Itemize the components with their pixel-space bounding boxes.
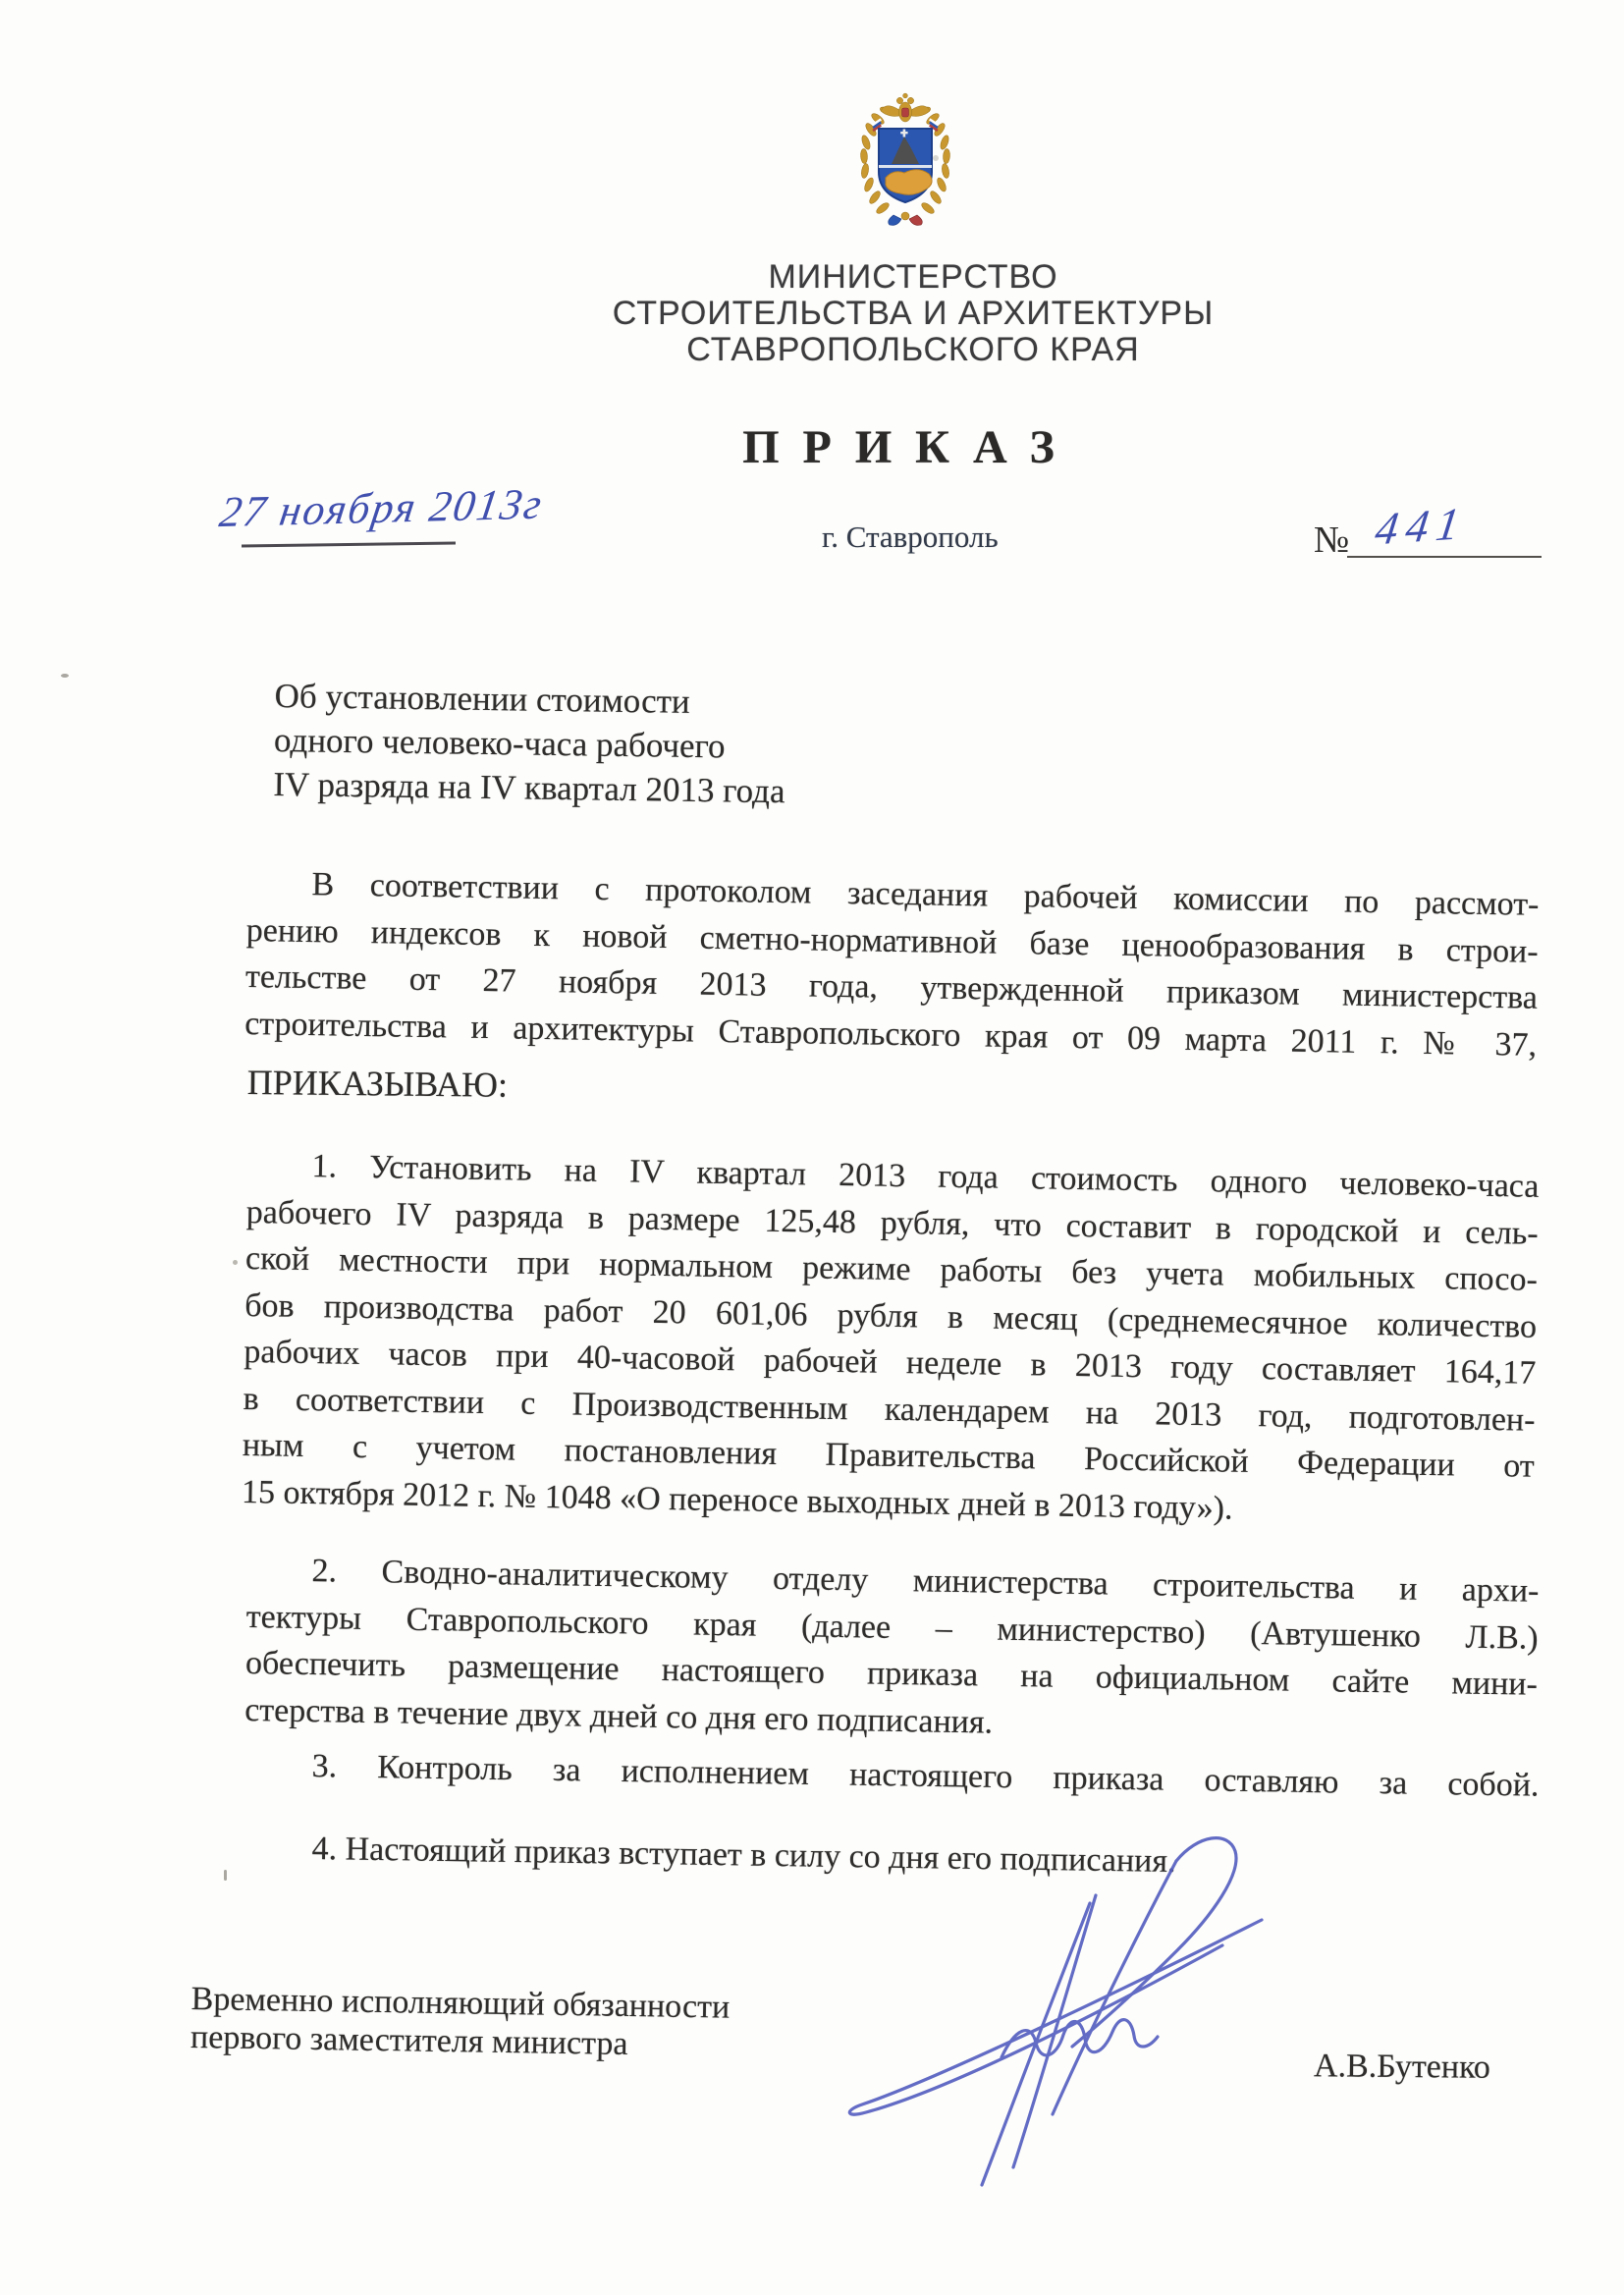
scan-speck [933,155,939,161]
scan-speck [61,674,69,678]
handwritten-order-number: 441 [1372,497,1470,556]
stavropol-coat-of-arms [848,91,962,231]
directive-word: ПРИКАЗЫВАЮ: [247,1060,1540,1120]
scanned-order-page: МИНИСТЕРСТВО СТРОИТЕЛЬСТВА И АРХИТЕКТУРЫ… [0,0,1624,2295]
order-subject: Об установлении стоимости одного человек… [273,674,884,815]
ministry-line2: СТРОИТЕЛЬСТВА И АРХИТЕКТУРЫ [511,296,1316,332]
number-underline [1347,556,1542,558]
ministry-header: МИНИСТЕРСТВО СТРОИТЕЛЬСТВА И АРХИТЕКТУРЫ… [511,259,1316,368]
handwritten-signature [805,1822,1296,2214]
order-item-2: 2. Сводно-аналитическому отделу министер… [244,1547,1540,1755]
order-item-3: 3. Контроль за исполнением настоящего пр… [246,1742,1540,1809]
ministry-line3: СТАВРОПОЛЬСКОГО КРАЯ [511,332,1316,368]
eagle [881,93,930,122]
order-title: ПРИКАЗ [520,420,1276,474]
preamble-paragraph: В соответствии с протоколом заседания ра… [244,860,1540,1068]
scan-speck [224,1870,227,1881]
text-line: 3. Контроль за исполнением настоящего пр… [246,1742,1540,1809]
city-label: г. Ставрополь [822,519,999,555]
signer-name: А.В.Бутенко [1314,2048,1490,2087]
number-sign: № [1314,519,1349,562]
handwritten-date: 27 ноября 2013г [216,478,546,537]
signer-position: Временно исполняющий обязанности первого… [190,1980,879,2067]
order-item-1: 1. Установить на IV квартал 2013 года ст… [242,1142,1540,1537]
date-underline [242,541,456,547]
shield [879,129,932,202]
scan-speck [233,1260,238,1265]
subject-line: IV разряда на IV квартал 2013 года [273,762,883,815]
ministry-line1: МИНИСТЕРСТВО [511,259,1316,296]
